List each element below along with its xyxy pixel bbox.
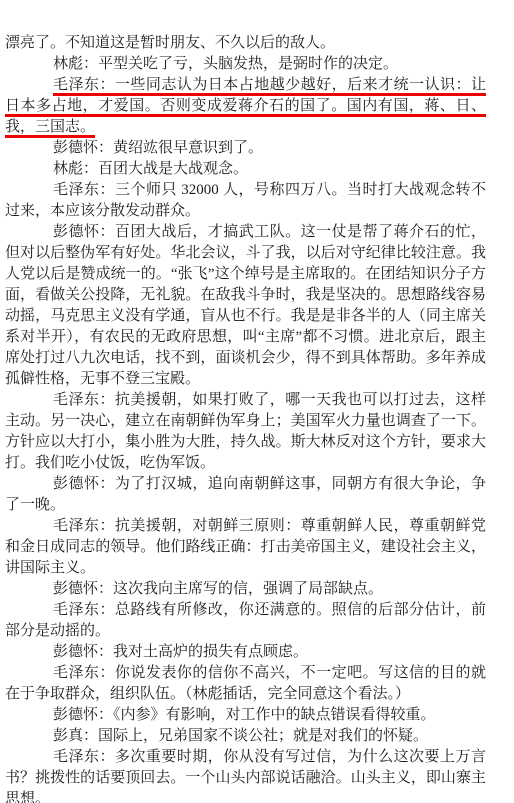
speaker-name: 彭德怀：: [53, 140, 113, 156]
paragraph: 毛泽东：一些同志认为日本占地越少越好，后来才统一认识：让日本多占地，才爱国。否则…: [5, 75, 486, 138]
speaker-name: 毛泽东：: [53, 392, 115, 408]
speaker-name: 毛泽东：: [53, 665, 115, 681]
paragraph: 毛泽东：总路线有所修改，你还满意的。照信的后部分估计，前部分是动摇的。: [5, 600, 486, 642]
paragraph: 彭德怀：百团大战后，才搞武工队。这一仗是帮了蒋介石的忙，但对以后整伪军有好处。华…: [5, 222, 486, 390]
paragraph: 彭德怀：黄绍竑很早意识到了。: [5, 138, 486, 159]
speaker-name: 彭德怀：: [53, 581, 113, 597]
paragraph: 林彪：平型关吃了亏，头脑发热，是弼时作的决定。: [5, 54, 486, 75]
paragraph: 彭德怀：《内参》有影响，对工作中的缺点错误看得较重。: [5, 705, 486, 726]
paragraph: 林彪：百团大战是大战观念。: [5, 159, 486, 180]
dialogue-text: 这次我向主席写的信，强调了局部缺点。: [113, 581, 383, 597]
speaker-name: 毛泽东：: [53, 182, 115, 198]
paragraph: 彭德怀：这次我向主席写的信，强调了局部缺点。: [5, 579, 486, 600]
dialogue-text: 黄绍竑很早意识到了。: [113, 140, 263, 156]
speaker-name: 彭德怀：: [53, 644, 113, 660]
paragraph: 毛泽东：抗美援朝，对朝鲜三原则：尊重朝鲜人民，尊重朝鲜党和金日成同志的领导。他们…: [5, 516, 486, 579]
paragraph: 毛泽东：三个师只 32000 人，号称四万八。当时打大战观念转不过来，本应该分散…: [5, 180, 486, 222]
dialogue-text: 《内参》有影响，对工作中的缺点错误看得较重。: [113, 707, 436, 723]
speaker-name: 林彪：: [53, 56, 98, 72]
speaker-name: 彭德怀：: [53, 476, 115, 492]
dialogue-text: 平型关吃了亏，头脑发热，是弼时作的决定。: [98, 56, 398, 72]
speaker-name: 毛泽东：: [53, 749, 115, 765]
speaker-name: 毛泽东：: [53, 602, 115, 618]
dialogue-text: 我对土高炉的损失有点顾虑。: [113, 644, 308, 660]
dialogue-text: 国际上，兄弟国家不谈公社；就是对我们的怀疑。: [98, 728, 428, 744]
dialogue-text: 漂亮了。不知道这是暂时朋友、不久以后的敌人。: [5, 35, 335, 51]
speaker-name: 毛泽东：: [53, 518, 115, 534]
paragraph: 彭真：国际上，兄弟国家不谈公社；就是对我们的怀疑。: [5, 726, 486, 747]
paragraph: 毛泽东：你说发表你的信你不高兴，不一定吧。写这信的目的就在于争取群众，组织队伍。…: [5, 663, 486, 705]
dialogue-text: 百团大战后，才搞武工队。这一仗是帮了蒋介石的忙，但对以后整伪军有好处。华北会议，…: [5, 224, 486, 387]
speaker-name: 彭真：: [53, 728, 98, 744]
paragraph: 毛泽东：抗美援朝，如果打败了，哪一天我也可以打过去，这样主动。另一决心，建立在南…: [5, 390, 486, 474]
paragraph: 漂亮了。不知道这是暂时朋友、不久以后的敌人。: [5, 33, 486, 54]
paragraph: 彭德怀：为了打汉城，追向南朝鲜这事，同朝方有很大争论，争了一晚。: [5, 474, 486, 516]
paragraph: 毛泽东：多次重要时期，你从没有写过信，为什么这次要上万言书？挑拨性的话要顶回去。…: [5, 747, 486, 803]
speaker-name: 彭德怀：: [53, 707, 113, 723]
paragraph: 彭德怀：我对土高炉的损失有点顾虑。: [5, 642, 486, 663]
dialogue-text: 百团大战是大战观念。: [98, 161, 248, 177]
speaker-name: 彭德怀：: [53, 224, 115, 240]
speaker-name: 毛泽东：: [53, 77, 115, 93]
speaker-name: 林彪：: [53, 161, 98, 177]
dialogue-transcript: 漂亮了。不知道这是暂时朋友、不久以后的敌人。 林彪：平型关吃了亏，头脑发热，是弼…: [5, 33, 486, 803]
